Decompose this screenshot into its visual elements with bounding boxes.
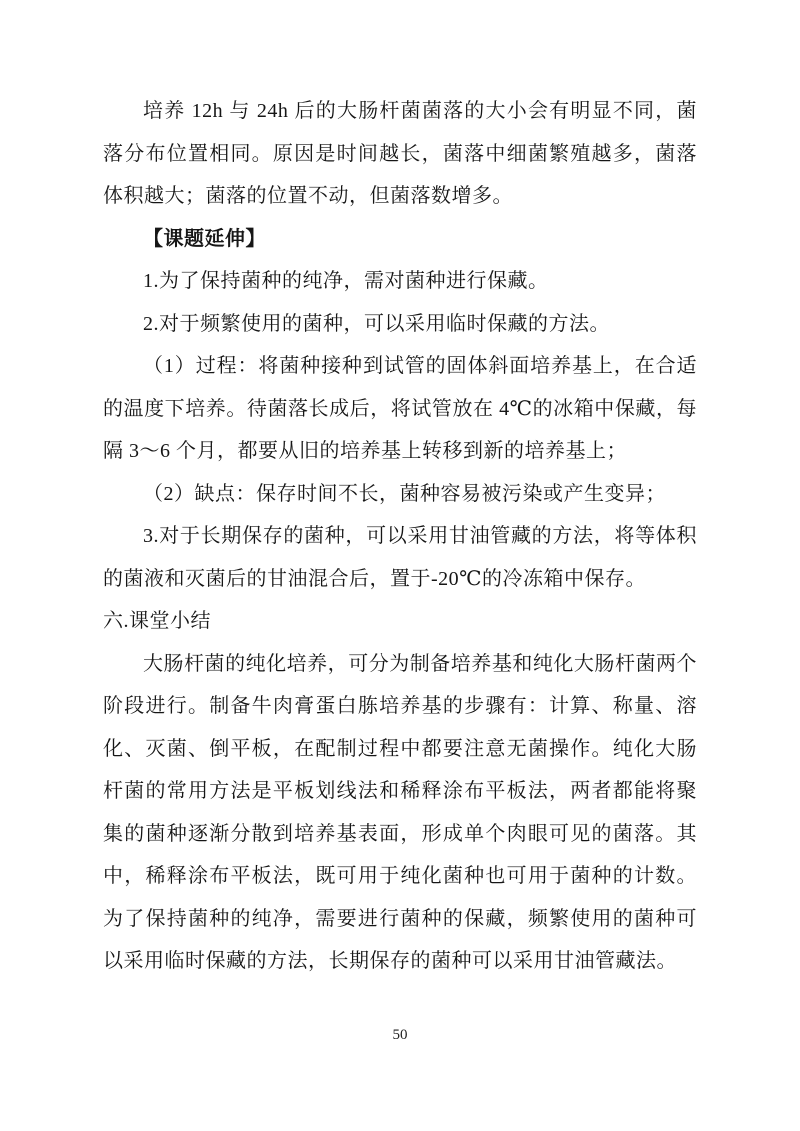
paragraph: 【课题延伸】 bbox=[103, 218, 697, 261]
paragraph: 培养 12h 与 24h 后的大肠杆菌菌落的大小会有明显不同，菌落分布位置相同。… bbox=[103, 90, 697, 218]
paragraph: 六.课堂小结 bbox=[103, 600, 697, 643]
document-body: 培养 12h 与 24h 后的大肠杆菌菌落的大小会有明显不同，菌落分布位置相同。… bbox=[103, 90, 697, 983]
paragraph: （2）缺点：保存时间不长，菌种容易被污染或产生变异； bbox=[103, 473, 697, 516]
page-number: 50 bbox=[0, 1025, 800, 1045]
paragraph: 3.对于长期保存的菌种，可以采用甘油管藏的方法，将等体积的菌液和灭菌后的甘油混合… bbox=[103, 515, 697, 600]
document-page: 培养 12h 与 24h 后的大肠杆菌菌落的大小会有明显不同，菌落分布位置相同。… bbox=[0, 0, 800, 1131]
paragraph: （1）过程：将菌种接种到试管的固体斜面培养基上，在合适的温度下培养。待菌落长成后… bbox=[103, 345, 697, 473]
paragraph: 2.对于频繁使用的菌种，可以采用临时保藏的方法。 bbox=[103, 303, 697, 346]
paragraph: 1.为了保持菌种的纯净，需对菌种进行保藏。 bbox=[103, 260, 697, 303]
paragraph: 大肠杆菌的纯化培养，可分为制备培养基和纯化大肠杆菌两个阶段进行。制备牛肉膏蛋白胨… bbox=[103, 643, 697, 983]
